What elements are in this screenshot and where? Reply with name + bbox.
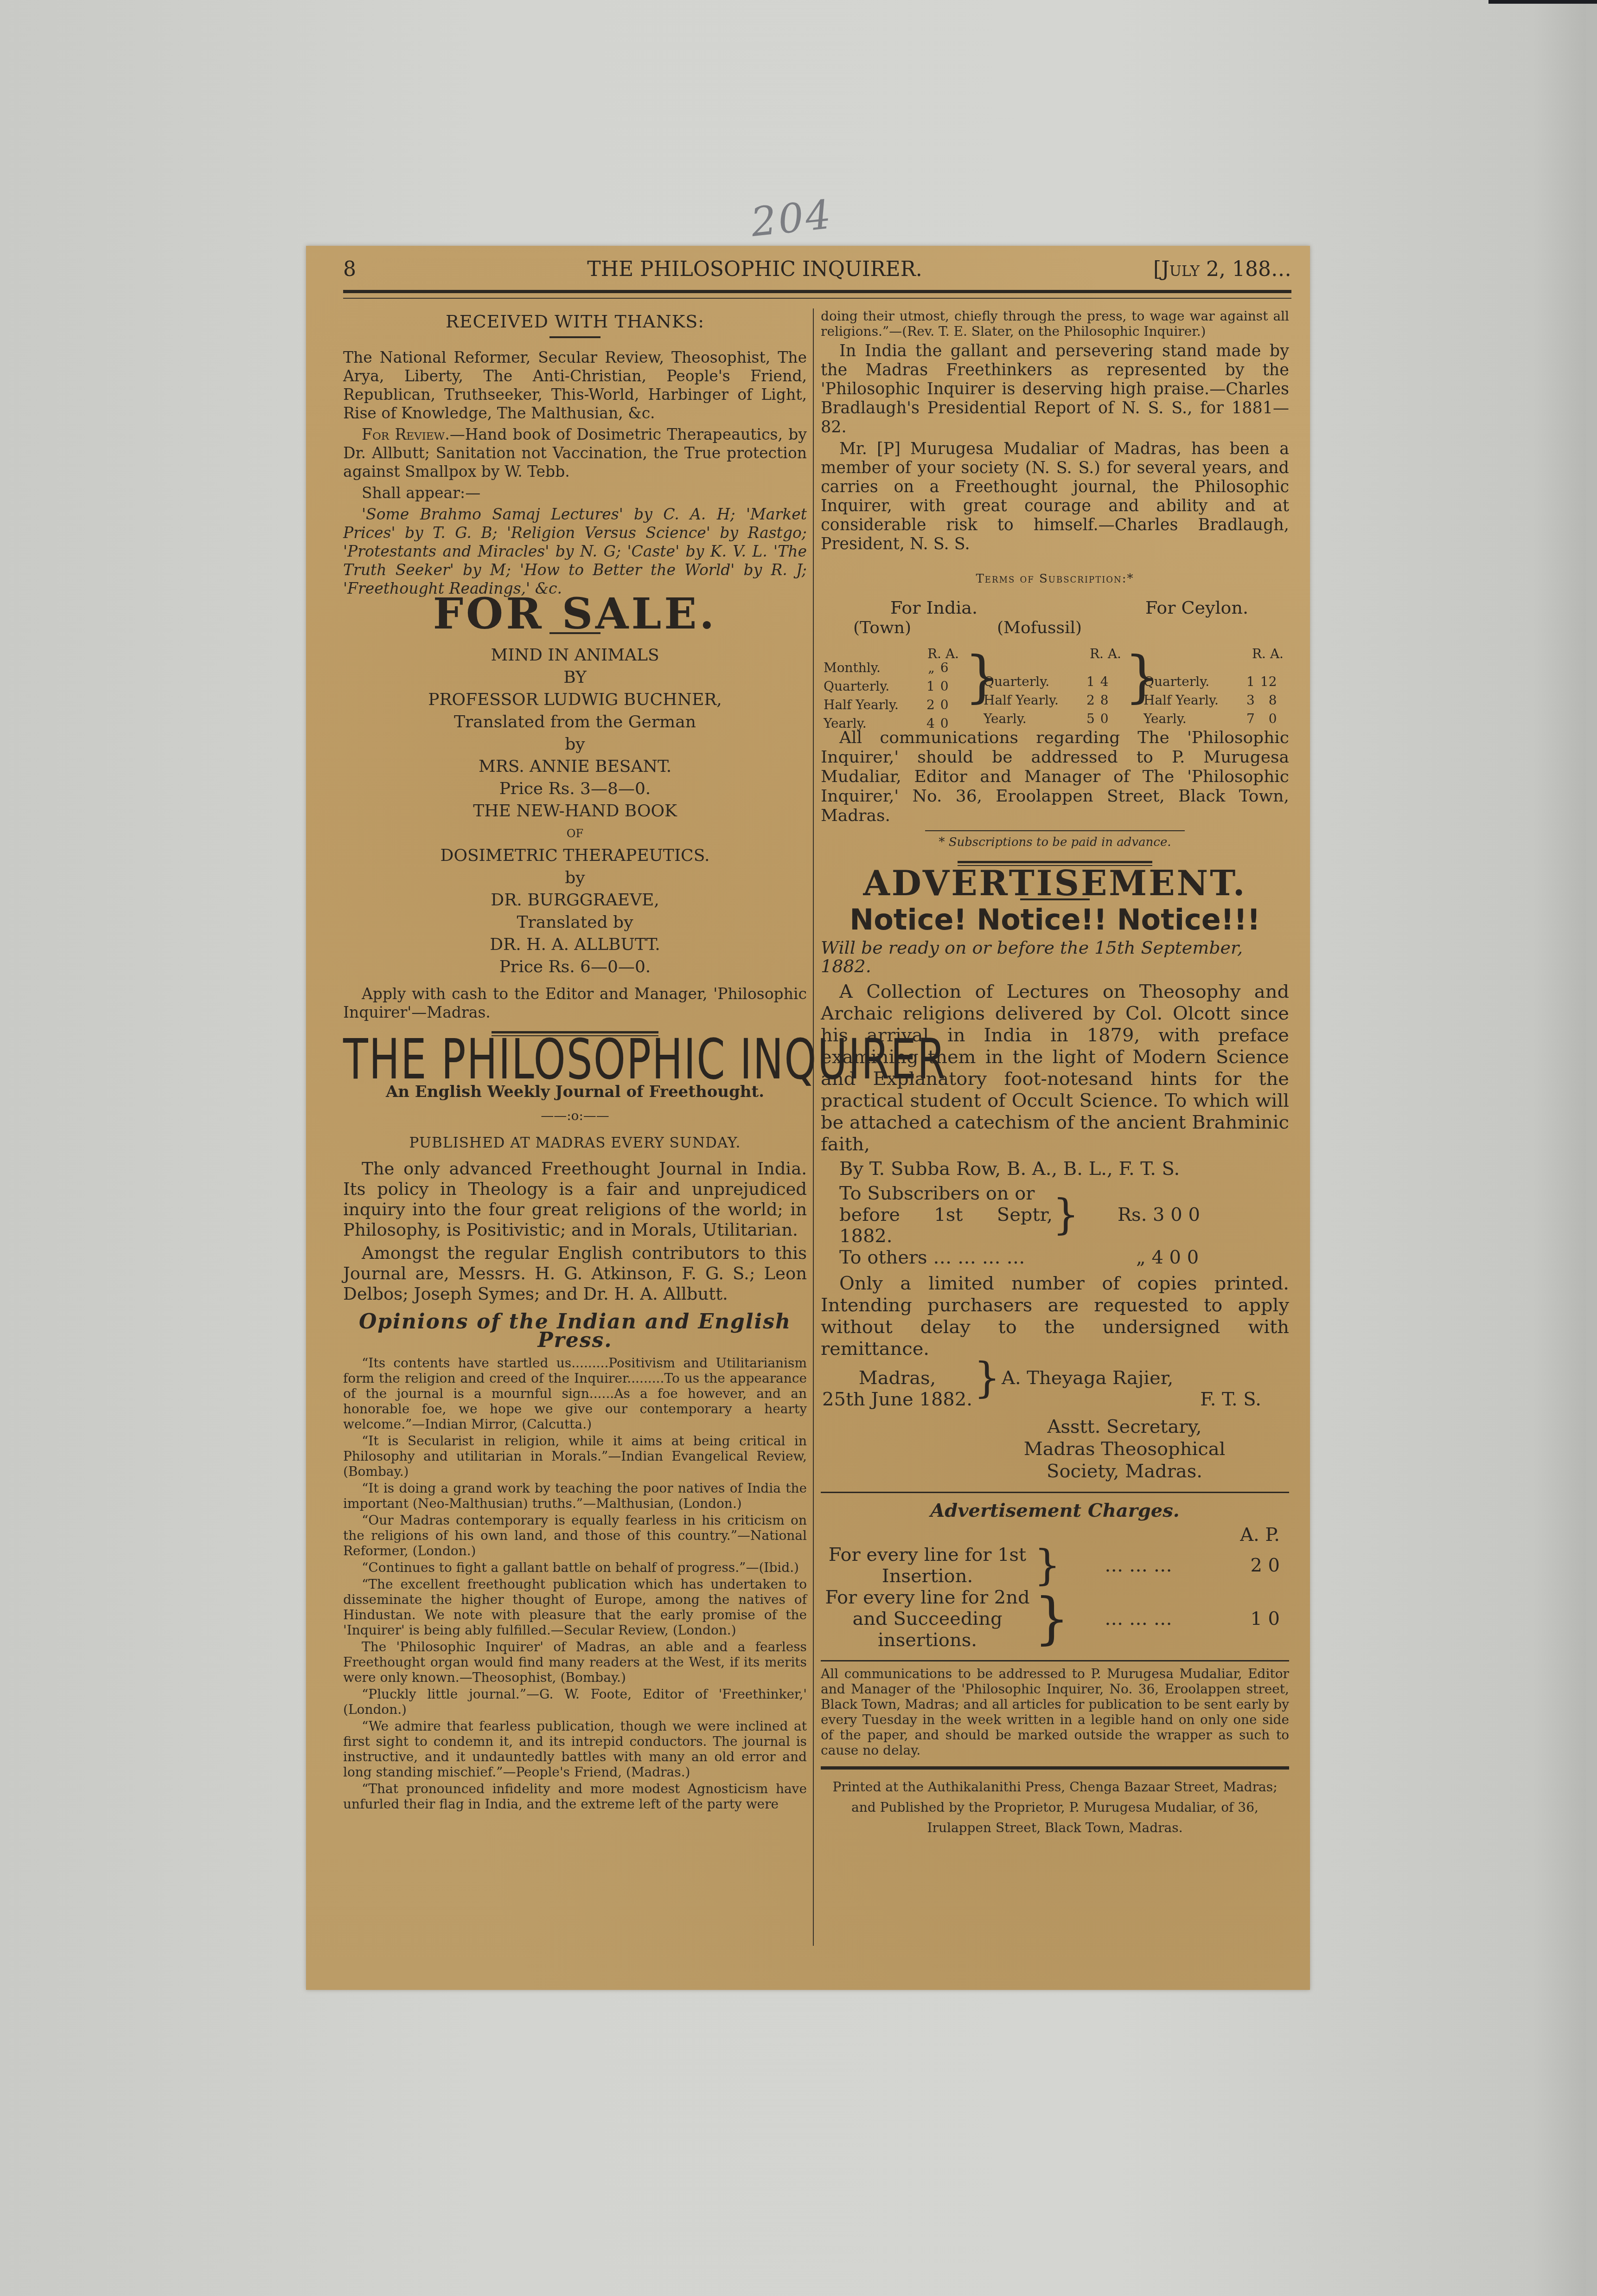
masthead: THE PHILOSOPHIC INQUIRER bbox=[343, 1047, 807, 1072]
price-subscribers: To Subscribers on or before 1st Septr, 1… bbox=[821, 1183, 1289, 1247]
book-entry: MIND IN ANIMALS BY PROFESSOR LUDWIG BUCH… bbox=[343, 644, 807, 800]
book-entry: THE NEW-HAND BOOK OF DOSIMETRIC THERAPEU… bbox=[343, 800, 807, 978]
charge-succeeding: For every line for 2nd and Succeeding in… bbox=[821, 1587, 1289, 1651]
divider bbox=[821, 1660, 1289, 1661]
signature-block: Madras, 25th June 1882. } A. Theyaga Raj… bbox=[821, 1367, 1289, 1410]
for-sale-heading: FOR SALE. bbox=[343, 604, 807, 623]
press-quote: “Pluckly little journal.”—G. W. Foote, E… bbox=[343, 1687, 807, 1717]
notice-heading: Notice! Notice!! Notice!!! bbox=[821, 911, 1289, 929]
mofussil-rates: Quarterly.14Half Yearly.28Yearly.50 bbox=[981, 673, 1112, 728]
newspaper-clipping: 8 THE PHILOSOPHIC INQUIRER. [July 2, 188… bbox=[306, 246, 1310, 1990]
rate-row: Quarterly.14 bbox=[981, 673, 1112, 691]
contributors: Amongst the regular English contributors… bbox=[343, 1243, 807, 1304]
address-notice: All communications to be addressed to P.… bbox=[821, 1666, 1289, 1758]
issue-date: [July 2, 188… bbox=[1153, 257, 1291, 281]
price-others: To others … … … … „ 4 0 0 bbox=[821, 1247, 1289, 1268]
received-heading: RECEIVED WITH THANKS: bbox=[343, 312, 807, 331]
press-quote: “It is Secularist in religion, while it … bbox=[343, 1433, 807, 1479]
charge-first-insertion: For every line for 1st Insertion. } … … … bbox=[821, 1544, 1289, 1587]
terms-heading: Terms of Subscription:* bbox=[821, 570, 1289, 588]
signatory-title: Asstt. Secretary, Madras Theosophical So… bbox=[821, 1416, 1289, 1482]
rate-row: Quarterly.10 bbox=[821, 677, 952, 696]
imprint: Printed at the Authikalanithi Press, Che… bbox=[821, 1777, 1289, 1838]
running-header: 8 THE PHILOSOPHIC INQUIRER. [July 2, 188… bbox=[343, 255, 1291, 283]
left-column: RECEIVED WITH THANKS: The National Refor… bbox=[343, 308, 807, 1813]
rate-row: Half Yearly.28 bbox=[981, 691, 1112, 710]
limited-copies: Only a limited number of copies printed.… bbox=[821, 1273, 1289, 1360]
press-quote: The 'Philosophic Inquirer' of Madras, an… bbox=[343, 1639, 807, 1685]
received-list: The National Reformer, Secular Review, T… bbox=[343, 348, 807, 423]
rate-row: Quarterly.112 bbox=[1141, 673, 1279, 691]
press-quote: “Continues to fight a gallant battle on … bbox=[343, 1560, 807, 1575]
press-quote: “We admire that fearless publication, th… bbox=[343, 1719, 807, 1780]
header-rule-thin bbox=[343, 298, 1291, 299]
rate-row: Half Yearly.20 bbox=[821, 696, 952, 714]
subscription-table: For India. For Ceylon. (Town) (Mofussil)… bbox=[821, 598, 1289, 728]
subscription-footnote: * Subscriptions to be paid in advance. bbox=[925, 830, 1185, 852]
rate-row: Yearly.40 bbox=[821, 714, 952, 733]
brace: } bbox=[974, 1367, 1002, 1410]
album-edge-shadow bbox=[1488, 0, 1597, 4]
divider bbox=[821, 1766, 1289, 1770]
rate-row: Yearly.50 bbox=[981, 710, 1112, 728]
column-divider bbox=[813, 308, 814, 1946]
bradlaugh-letter: Mr. [P] Murugesa Mudaliar of Madras, has… bbox=[821, 440, 1289, 554]
published-line: PUBLISHED AT MADRAS EVERY SUNDAY. bbox=[343, 1134, 807, 1152]
author-line: By T. Subba Row, B. A., B. L., F. T. S. bbox=[821, 1158, 1289, 1180]
rate-row: Yearly.70 bbox=[1141, 710, 1279, 728]
press-quote: “It is doing a grand work by teaching th… bbox=[343, 1481, 807, 1511]
newspaper-title: THE PHILOSOPHIC INQUIRER. bbox=[587, 257, 922, 281]
ready-date: Will be ready on or before the 15th Sept… bbox=[821, 938, 1289, 975]
press-quote: “The excellent freethought publication w… bbox=[343, 1577, 807, 1638]
press-opinions: “Its contents have startled us.........P… bbox=[343, 1355, 807, 1812]
press-quote: “Our Madras contemporary is equally fear… bbox=[343, 1513, 807, 1558]
advertisement-heading: ADVERTISEMENT. bbox=[821, 874, 1289, 893]
right-column: doing their utmost, chiefly through the … bbox=[821, 308, 1289, 1838]
brace: } bbox=[1034, 1555, 1062, 1576]
brace: } bbox=[1053, 1204, 1090, 1225]
press-quote: “Its contents have startled us.........P… bbox=[343, 1355, 807, 1432]
header-rule bbox=[343, 290, 1291, 293]
town-rates: Monthly.„6Quarterly.10Half Yearly.20Year… bbox=[821, 659, 952, 733]
shall-appear-label: Shall appear:— bbox=[343, 484, 807, 502]
divider bbox=[821, 1492, 1289, 1493]
apply-text: Apply with cash to the Editor and Manage… bbox=[343, 985, 807, 1022]
rate-row: Monthly.„6 bbox=[821, 659, 952, 677]
quote-continued: doing their utmost, chiefly through the … bbox=[821, 308, 1289, 339]
charges-heading: Advertisement Charges. bbox=[821, 1501, 1289, 1520]
rate-row: Half Yearly.38 bbox=[1141, 691, 1279, 710]
brace: } bbox=[1034, 1608, 1062, 1629]
divider bbox=[549, 336, 600, 338]
ornament: ——:o:—— bbox=[343, 1107, 807, 1125]
pencil-page-number: 204 bbox=[749, 190, 846, 250]
album-page-fold bbox=[1586, 4, 1597, 2296]
ceylon-rates: Quarterly.112Half Yearly.38Yearly.70 bbox=[1141, 673, 1279, 728]
collection-description: A Collection of Lectures on Theosophy an… bbox=[821, 981, 1289, 1155]
page-number: 8 bbox=[343, 257, 356, 281]
shall-appear-list: 'Some Brahmo Samaj Lectures' by C. A. H;… bbox=[343, 505, 807, 598]
opinions-heading: Opinions of the Indian and English Press… bbox=[343, 1313, 807, 1350]
about-journal: The only advanced Freethought Journal in… bbox=[343, 1159, 807, 1240]
bradlaugh-report: In India the gallant and persevering sta… bbox=[821, 342, 1289, 437]
press-quote: “That pronounced infidelity and more mod… bbox=[343, 1781, 807, 1812]
for-review: For Review.—Hand book of Dosimetric Ther… bbox=[343, 425, 807, 481]
communications-note: All communications regarding The 'Philos… bbox=[821, 728, 1289, 826]
